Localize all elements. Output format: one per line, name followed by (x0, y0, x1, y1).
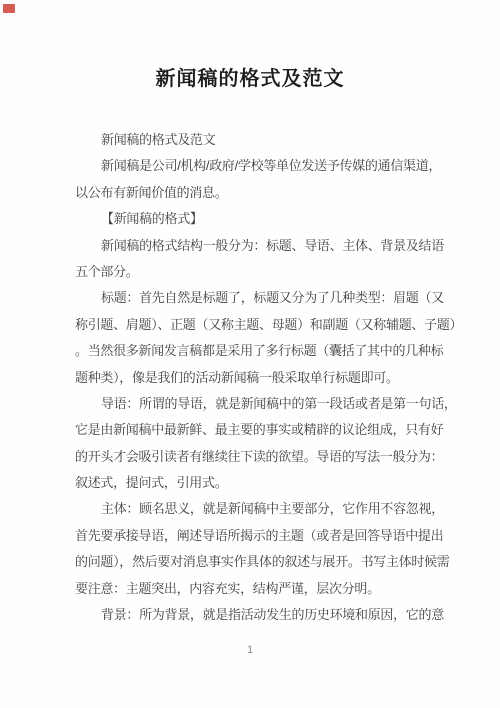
body-line: 叙述式，提问式，引用式。 (75, 470, 435, 496)
document-body: 新闻稿的格式及范文 新闻稿是公司/机构/政府/学校等单位发送予传媒的通信渠道， … (75, 127, 435, 628)
body-line: 的问题），然后要对消息事实作具体的叙述与展开。书写主体时候需 (75, 549, 435, 575)
body-line: 新闻稿是公司/机构/政府/学校等单位发送予传媒的通信渠道， (75, 153, 435, 179)
body-line: 以公布有新闻价值的消息。 (75, 180, 435, 206)
body-line: 五个部分。 (75, 259, 435, 285)
page-number: 1 (0, 643, 500, 657)
body-line: 新闻稿的格式及范文 (75, 127, 435, 153)
body-line: 导语：所谓的导语，就是新闻稿中的第一段话或者是第一句话， (75, 391, 435, 417)
body-line: 标题：首先自然是标题了，标题又分为了几种类型：眉题（又 (75, 285, 435, 311)
body-line: 首先要承接导语，阐述导语所揭示的主题（或者是回答导语中提出 (75, 523, 435, 549)
document-page: 新闻稿的格式及范文 新闻稿的格式及范文 新闻稿是公司/机构/政府/学校等单位发送… (0, 0, 500, 708)
document-title: 新闻稿的格式及范文 (0, 62, 500, 91)
body-line: 【新闻稿的格式】 (75, 206, 435, 232)
body-line: 背景：所为背景，就是指活动发生的历史环境和原因，它的意 (75, 602, 435, 628)
corner-red-mark-icon (3, 4, 15, 13)
body-line: 。当然很多新闻发言稿都是采用了多行标题（囊括了其中的几种标 (75, 338, 435, 364)
body-line: 题种类），像是我们的活动新闻稿一般采取单行标题即可。 (75, 365, 435, 391)
body-line: 要注意：主题突出，内容充实，结构严谨，层次分明。 (75, 576, 435, 602)
body-line: 的开头才会吸引读者有继续往下读的欲望。导语的写法一般分为： (75, 444, 435, 470)
body-line: 它是由新闻稿中最新鲜、最主要的事实或精辟的议论组成，只有好 (75, 417, 435, 443)
body-line: 主体：顾名思义，就是新闻稿中主要部分，它作用不容忽视， (75, 496, 435, 522)
body-line: 称引题、肩题）、正题（又称主题、母题）和副题（又称辅题、子题） (75, 312, 435, 338)
body-line: 新闻稿的格式结构一般分为：标题、导语、主体、背景及结语 (75, 233, 435, 259)
